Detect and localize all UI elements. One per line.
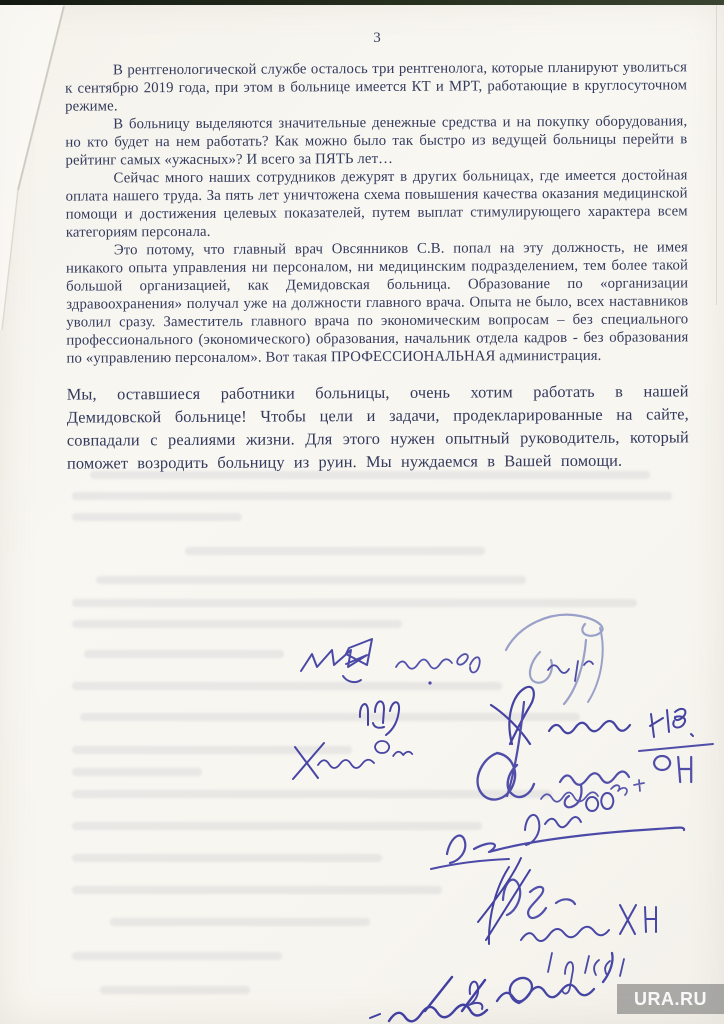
signature-long-sweep [431, 828, 684, 869]
bleed-through-line [96, 576, 526, 584]
bleed-through-line [72, 854, 382, 862]
paragraph-radiology: В рентгенологической службе осталось три… [65, 58, 687, 115]
bleed-through-line [72, 620, 402, 628]
bleed-through-line [80, 713, 580, 721]
page-right-edge [716, 5, 717, 305]
letter-body: В рентгенологической службе осталось три… [65, 58, 689, 474]
bleed-through-line [72, 682, 502, 690]
signature-kruglikova [301, 639, 480, 685]
bleed-through-line [72, 790, 552, 798]
signature-gsho [503, 880, 575, 918]
bleed-through-line [100, 986, 250, 994]
scan-top-edge [0, 0, 724, 5]
signature-zu-loop [469, 982, 482, 1009]
bleed-through-line [84, 650, 284, 658]
paragraph-staff-pay: Сейчас много наших сотрудников дежурят в… [65, 166, 687, 241]
bleed-through-line [72, 599, 637, 607]
signature-pale-flourish [506, 615, 603, 704]
paragraph-funding: В больницу выделяются значительные денеж… [65, 112, 687, 169]
bleed-through-line [72, 492, 672, 500]
signature-bottom-left [370, 977, 487, 1021]
paragraph-administration: Это потому, что главный врач Овсянников … [66, 238, 689, 367]
signature-gudras [541, 780, 644, 802]
paragraph-closing-appeal: Мы, оставшиеся работники больницы, очень… [67, 379, 689, 474]
bleed-through-line [72, 952, 282, 960]
bleed-through-line [72, 768, 202, 776]
signature-numbers-row [548, 953, 624, 994]
page-number: 3 [66, 30, 688, 47]
bleed-through-line [90, 471, 650, 479]
watermark-ura-ru: URA.RU [617, 984, 724, 1014]
scanned-page: 3 В рентгенологической службе осталось т… [0, 0, 724, 1024]
bleed-through-line [110, 918, 370, 926]
signature-negaevskoy [497, 953, 613, 1003]
signature-gall [525, 793, 613, 845]
signature-naumenko [521, 905, 656, 941]
bleed-through-line [72, 746, 352, 754]
signature-tall-cross [478, 858, 530, 944]
bleed-through-line [72, 513, 242, 521]
bleed-through-line [72, 822, 482, 830]
bleed-through-line [72, 886, 442, 894]
bleed-through-line [185, 547, 485, 555]
